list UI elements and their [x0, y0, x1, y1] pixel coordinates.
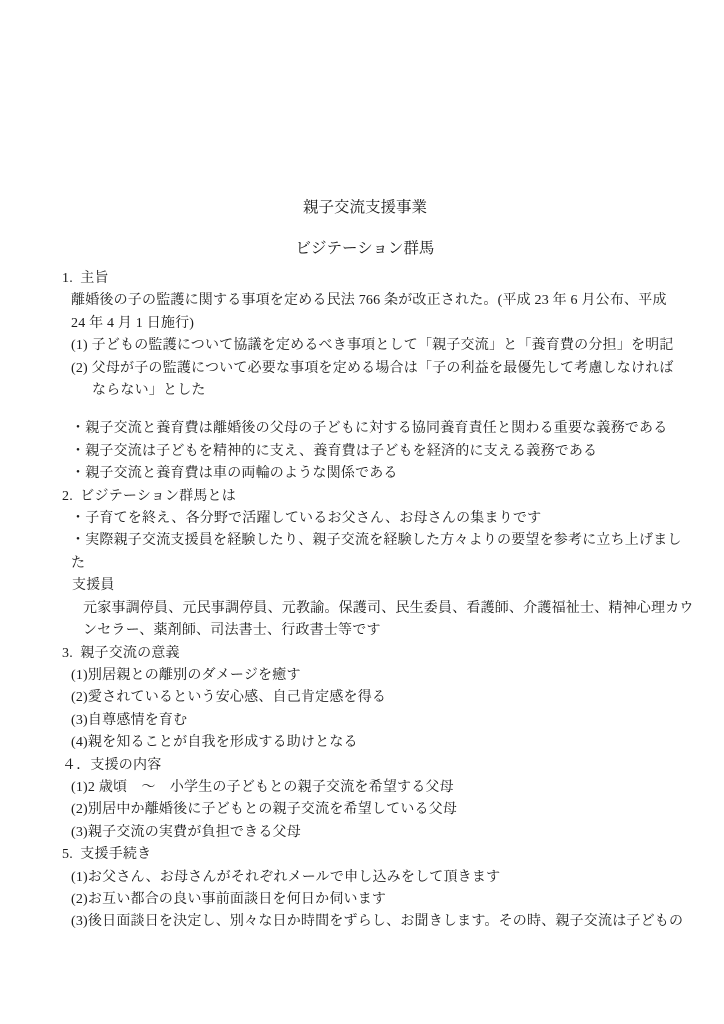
text-line: (2)お互い都合の良い事前面談日を何日か伺います [62, 889, 668, 911]
text-line: (2)愛されているという安心感、自己肯定感を得る [62, 687, 668, 709]
text-line: ・親子交流と養育費は車の両輪のような関係である [62, 463, 668, 485]
text-line: (1) 子どもの監護について協議を定めるべき事項として「親子交流」と「養育費の分… [62, 335, 668, 357]
document-body: 1. 主旨離婚後の子の監護に関する事項を定める民法 766 条が改正された。(平… [62, 268, 668, 934]
text-line: (2) 父母が子の監護について必要な事項を定める場合は「子の利益を最優先して考慮… [62, 358, 668, 380]
text-line: (3)親子交流の実費が負担できる父母 [62, 822, 668, 844]
text-line: 24 年 4 月 1 日施行) [62, 313, 668, 335]
text-line: (1)別居親との離別のダメージを癒す [62, 665, 668, 687]
text-line: ・子育てを終え、各分野で活躍しているお父さん、お母さんの集まりです [62, 508, 668, 530]
text-line: (1)お父さん、お母さんがそれぞれメールで申し込みをして頂きます [62, 867, 668, 889]
staff-list-line: 元家事調停員、元民事調停員、元教諭。保護司、民生委員、看護師、介護福祉士、精神心… [62, 598, 668, 620]
text-line: (4)親を知ることが自我を形成する助けとなる [62, 732, 668, 754]
section-heading: 1. 主旨 [62, 268, 668, 290]
document-title: 親子交流支援事業 [62, 199, 668, 217]
text-line: (3)後日面談日を決定し、別々な日か時間をずらし、お聞きします。その時、親子交流… [62, 911, 668, 933]
section-heading: 2. ビジテーション群馬とは [62, 486, 668, 508]
text-line-continuation: た [62, 553, 668, 575]
staff-list-line: ンセラー、薬剤師、司法書士、行政書士等です [62, 620, 668, 642]
staff-label: 支援員 [62, 575, 668, 597]
text-line: (1)2 歳頃 ～ 小学生の子どもとの親子交流を希望する父母 [62, 777, 668, 799]
text-line-continuation: ならない」とした [62, 380, 668, 402]
section-heading: 3. 親子交流の意義 [62, 643, 668, 665]
text-line: (2)別居中か離婚後に子どもとの親子交流を希望している父母 [62, 799, 668, 821]
document-subtitle: ビジテーション群馬 [62, 240, 668, 258]
text-line: ・親子交流と養育費は離婚後の父母の子どもに対する協同養育責任と関わる重要な義務で… [62, 418, 668, 440]
section-heading: ４．支援の内容 [62, 755, 668, 777]
text-line: 離婚後の子の監護に関する事項を定める民法 766 条が改正された。(平成 23 … [62, 290, 668, 312]
text-line: (3)自尊感情を育む [62, 710, 668, 732]
document-content: 親子交流支援事業 ビジテーション群馬 1. 主旨離婚後の子の監護に関する事項を定… [62, 199, 668, 934]
text-line: ・親子交流は子どもを精神的に支え、養育費は子どもを経済的に支える義務である [62, 441, 668, 463]
text-line: ・実際親子交流支援員を経験したり、親子交流を経験した方々よりの要望を参考に立ち上… [62, 530, 668, 552]
section-heading: 5. 支援手続き [62, 844, 668, 866]
document-page: 親子交流支援事業 ビジテーション群馬 1. 主旨離婚後の子の監護に関する事項を定… [0, 0, 724, 1024]
